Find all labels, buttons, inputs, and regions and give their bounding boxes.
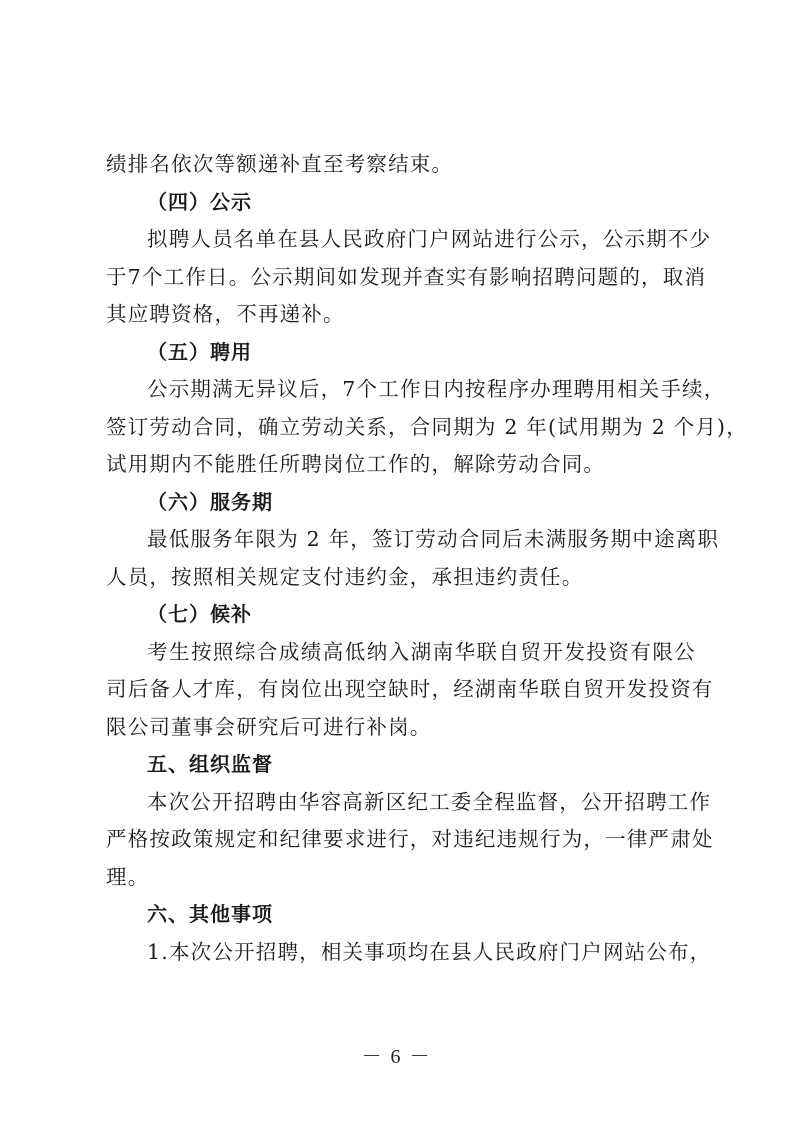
- section-heading-supervision: 五、组织监督: [106, 746, 696, 784]
- body-line: 限公司董事会研究后可进行补岗。: [106, 709, 696, 747]
- body-line: 严格按政策规定和纪律要求进行，对违纪违规行为，一律严肃处: [106, 821, 696, 859]
- body-line: 签订劳动合同，确立劳动关系，合同期为 2 年(试用期为 2 个月)，: [106, 409, 696, 447]
- body-line: 公示期满无异议后，7个工作日内按程序办理聘用相关手续，: [106, 371, 696, 409]
- body-line: 1.本次公开招聘，相关事项均在县人民政府门户网站公布，: [106, 934, 696, 972]
- body-line: 试用期内不能胜任所聘岗位工作的，解除劳动合同。: [106, 446, 696, 484]
- section-heading-employment: （五）聘用: [106, 334, 696, 372]
- body-line: 拟聘人员名单在县人民政府门户网站进行公示，公示期不少: [106, 221, 696, 259]
- body-line: 其应聘资格，不再递补。: [106, 296, 696, 334]
- body-line: 最低服务年限为 2 年，签订劳动合同后未满服务期中途离职: [106, 521, 696, 559]
- body-line: 司后备人才库，有岗位出现空缺时，经湖南华联自贸开发投资有: [106, 671, 696, 709]
- body-line: 本次公开招聘由华容高新区纪工委全程监督，公开招聘工作: [106, 784, 696, 822]
- body-line: 理。: [106, 859, 696, 897]
- section-heading-service-period: （六）服务期: [106, 484, 696, 522]
- section-heading-publicity: （四）公示: [106, 184, 696, 222]
- section-heading-candidates: （七）候补: [106, 596, 696, 634]
- body-line: 人员，按照相关规定支付违约金，承担违约责任。: [106, 559, 696, 597]
- document-page: 绩排名依次等额递补直至考察结束。 （四）公示 拟聘人员名单在县人民政府门户网站进…: [106, 146, 696, 971]
- body-line: 考生按照综合成绩高低纳入湖南华联自贸开发投资有限公: [106, 634, 696, 672]
- section-heading-other-matters: 六、其他事项: [106, 896, 696, 934]
- body-line: 于7个工作日。公示期间如发现并查实有影响招聘问题的，取消: [106, 259, 696, 297]
- page-number: － 6 －: [0, 1040, 793, 1069]
- body-line-continuation: 绩排名依次等额递补直至考察结束。: [106, 146, 696, 184]
